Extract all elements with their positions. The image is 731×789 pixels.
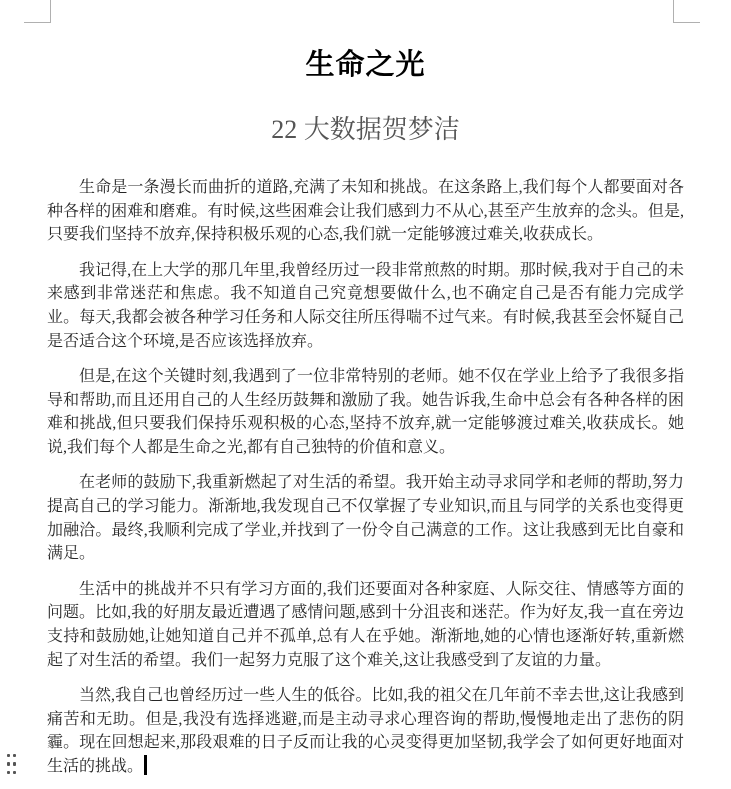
document-content: 生命之光 22 大数据贺梦洁 生命是一条漫长而曲折的道路,充满了未知和挑战。在这… [47,48,684,779]
paragraph-text: 生命是一条漫长而曲折的道路,充满了未知和挑战。在这条路上,我们每个人都要面对各种… [47,179,684,243]
document-title[interactable]: 生命之光 [47,48,684,82]
body-paragraph-4[interactable]: 在老师的鼓励下,我重新燃起了对生活的希望。我开始主动寻求同学和老师的帮助,努力提… [47,471,684,566]
document-body: 生命是一条漫长而曲折的道路,充满了未知和挑战。在这条路上,我们每个人都要面对各种… [47,176,684,779]
drag-handle-dot [7,762,10,765]
paragraph-text: 生活中的挑战并不只有学习方面的,我们还要面对各种家庭、人际交往、情感等方面的问题… [47,581,684,669]
drag-handle-dot [13,754,16,757]
drag-handle-dot [13,762,16,765]
drag-handle-dot [13,771,16,774]
body-paragraph-2[interactable]: 我记得,在上大学的那几年里,我曾经历过一段非常煎熬的时期。那时候,我对于自己的未… [47,259,684,354]
document-byline[interactable]: 22 大数据贺梦洁 [47,112,684,148]
document-byline-text: 22 大数据贺梦洁 [271,115,460,144]
document-page: 生命之光 22 大数据贺梦洁 生命是一条漫长而曲折的道路,充满了未知和挑战。在这… [0,0,731,789]
paragraph-text: 当然,我自己也曾经历过一些人生的低谷。比如,我的祖父在几年前不幸去世,这让我感到… [47,687,684,775]
drag-handle-dot [7,754,10,757]
drag-handle-icon[interactable] [7,754,16,774]
paragraph-text: 在老师的鼓励下,我重新燃起了对生活的希望。我开始主动寻求同学和老师的帮助,努力提… [47,474,684,562]
page-margin-mark-top-left [24,0,51,23]
paragraph-text: 但是,在这个关键时刻,我遇到了一位非常特别的老师。她不仅在学业上给予了我很多指导… [47,368,684,456]
body-paragraph-6[interactable]: 当然,我自己也曾经历过一些人生的低谷。比如,我的祖父在几年前不幸去世,这让我感到… [47,684,684,779]
body-paragraph-3[interactable]: 但是,在这个关键时刻,我遇到了一位非常特别的老师。她不仅在学业上给予了我很多指导… [47,365,684,460]
document-title-text: 生命之光 [305,49,425,81]
page-margin-mark-top-right [673,0,700,23]
text-cursor [144,755,147,775]
paragraph-text: 我记得,在上大学的那几年里,我曾经历过一段非常煎熬的时期。那时候,我对于自己的未… [47,262,684,350]
body-paragraph-1[interactable]: 生命是一条漫长而曲折的道路,充满了未知和挑战。在这条路上,我们每个人都要面对各种… [47,176,684,247]
body-paragraph-5[interactable]: 生活中的挑战并不只有学习方面的,我们还要面对各种家庭、人际交往、情感等方面的问题… [47,578,684,673]
drag-handle-dot [7,771,10,774]
